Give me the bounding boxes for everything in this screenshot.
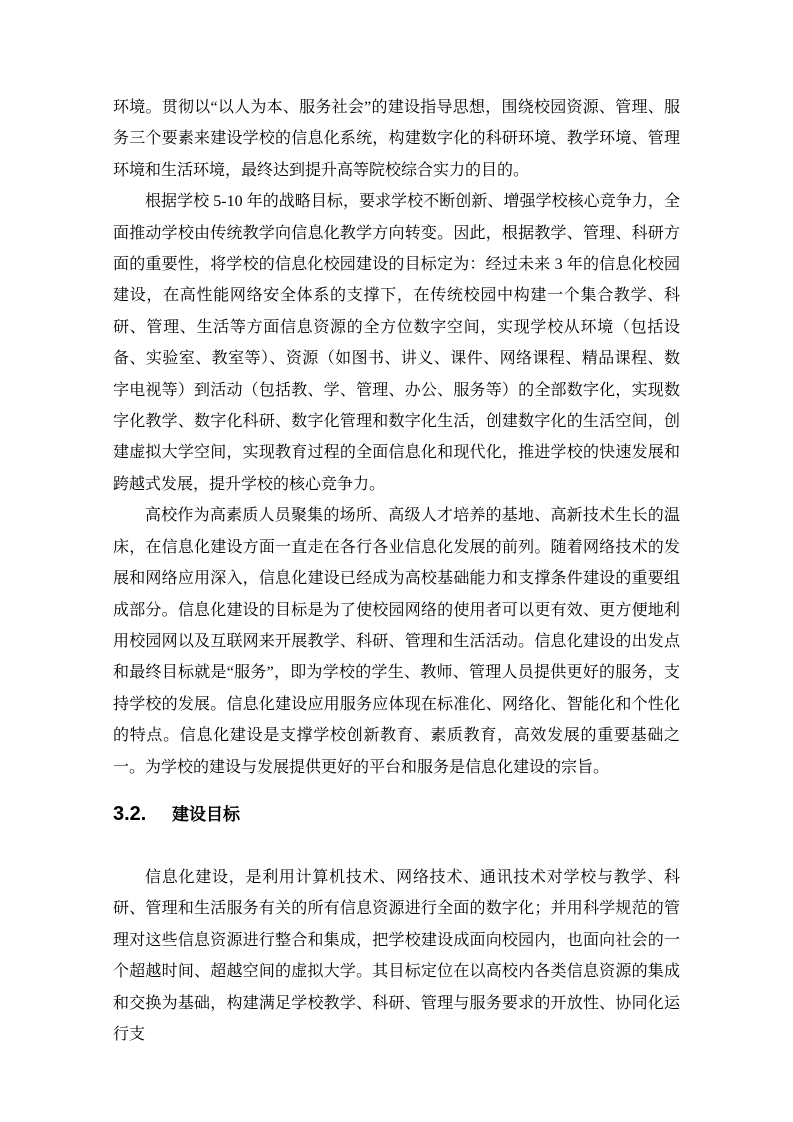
section-paragraph: 信息化建设，是利用计算机技术、网络技术、通讯技术对学校与教学、科研、管理和生活服… bbox=[113, 862, 680, 1050]
section-heading-number: 3.2. bbox=[113, 799, 172, 829]
body-paragraph: 环境。贯彻以“以人为本、服务社会”的建设指导思想，围绕校园资源、管理、服务三个要… bbox=[113, 92, 680, 186]
document-page: 环境。贯彻以“以人为本、服务社会”的建设指导思想，围绕校园资源、管理、服务三个要… bbox=[0, 0, 793, 1122]
body-paragraph: 根据学校 5-10 年的战略目标，要求学校不断创新、增强学校核心竞争力，全面推动… bbox=[113, 186, 680, 500]
section-heading: 3.2.建设目标 bbox=[113, 799, 680, 830]
page-content: 环境。贯彻以“以人为本、服务社会”的建设指导思想，围绕校园资源、管理、服务三个要… bbox=[113, 92, 680, 1050]
body-paragraph: 高校作为高素质人员聚集的场所、高级人才培养的基地、高新技术生长的温床，在信息化建… bbox=[113, 500, 680, 783]
section-heading-title: 建设目标 bbox=[172, 800, 240, 830]
